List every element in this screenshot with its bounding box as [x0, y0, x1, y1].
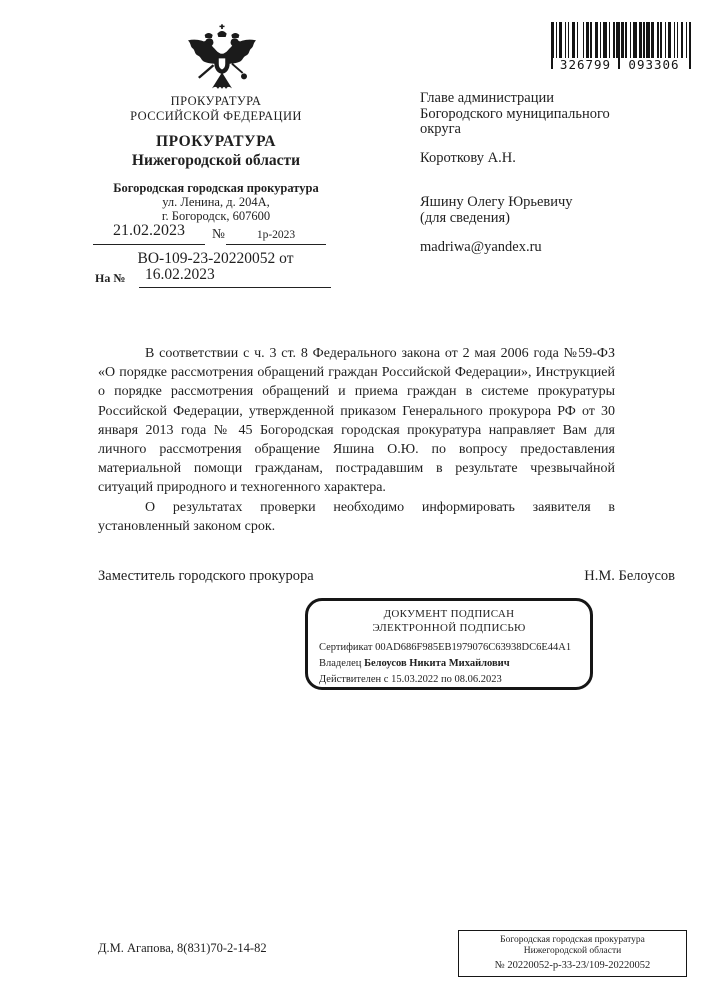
recipient-block: Главе администрации Богородского муницип…	[420, 91, 640, 256]
letter-body: В соответствии с ч. 3 ст. 8 Федерального…	[98, 344, 615, 536]
barcode-digits-right: 093306	[623, 58, 685, 72]
postal-barcode: 326799 093306	[551, 22, 691, 72]
stamp-title-line2: ЭЛЕКТРОННОЙ ПОДПИСЬЮ	[319, 622, 579, 636]
recipient-note: (для сведения)	[420, 211, 640, 227]
body-paragraph-1: В соответствии с ч. 3 ст. 8 Федерального…	[98, 344, 615, 498]
reference-label: На №	[95, 271, 125, 286]
registration-number: № 20220052-р-33-23/109-20220052	[459, 960, 686, 972]
certificate-value: 00AD686F985EB1979076C63938DC6E44A1	[375, 642, 571, 653]
number-sign: №	[212, 226, 225, 242]
barcode-guard-icon	[551, 22, 553, 69]
owner-label: Владелец	[319, 658, 361, 669]
russian-coat-of-arms-icon	[182, 23, 262, 95]
stamp-certificate-row: Сертификат 00AD686F985EB1979076C63938DC6…	[319, 640, 579, 656]
recipient-name-primary: Короткову А.Н.	[420, 151, 640, 167]
recipient-org-line3: округа	[420, 122, 640, 138]
document-date: 21.02.2023	[93, 222, 205, 245]
org-division: Богородская городская прокуратура	[85, 181, 347, 195]
signature-row: Заместитель городского прокурора Н.М. Бе…	[98, 568, 675, 585]
barcode-guard-icon	[618, 22, 620, 69]
reference-date: 16.02.2023	[139, 266, 331, 288]
stamp-title-line1: ДОКУМЕНТ ПОДПИСАН	[319, 608, 579, 622]
barcode-guard-icon	[689, 22, 691, 69]
registration-stamp-box: Богородская городская прокуратура Нижего…	[458, 930, 687, 977]
letterhead: ПРОКУРАТУРА РОССИЙСКОЙ ФЕДЕРАЦИИ ПРОКУРА…	[85, 94, 347, 223]
org-parent-line2: РОССИЙСКОЙ ФЕДЕРАЦИИ	[85, 109, 347, 124]
signer-position: Заместитель городского прокурора	[98, 568, 314, 585]
document-page: 326799 093306	[0, 0, 706, 1000]
org-address-line1: ул. Ленина, д. 204А,	[85, 195, 347, 209]
barcode-digits-left: 326799	[556, 58, 615, 72]
executor-contact: Д.М. Агапова, 8(831)70-2-14-82	[98, 941, 267, 956]
certificate-label: Сертификат	[319, 642, 372, 653]
recipient-name-secondary: Яшину Олегу Юрьевичу	[420, 195, 640, 211]
stamp-validity-row: Действителен с 15.03.2022 по 08.06.2023	[319, 672, 579, 688]
recipient-email: madriwa@yandex.ru	[420, 240, 640, 256]
barcode-bars-icon	[551, 22, 691, 58]
org-parent-line1: ПРОКУРАТУРА	[85, 94, 347, 109]
org-name-line1: ПРОКУРАТУРА	[85, 133, 347, 152]
electronic-signature-stamp: ДОКУМЕНТ ПОДПИСАН ЭЛЕКТРОННОЙ ПОДПИСЬЮ С…	[305, 598, 593, 690]
org-name-line2: Нижегородской области	[85, 152, 347, 171]
signer-name: Н.М. Белоусов	[584, 568, 675, 585]
org-address-line2: г. Богородск, 607600	[85, 209, 347, 223]
owner-name: Белоусов Никита Михайлович	[364, 658, 510, 669]
recipient-org-line2: Богородского муниципального	[420, 107, 640, 123]
body-paragraph-2: О результатах проверки необходимо информ…	[98, 498, 615, 536]
recipient-org-line1: Главе администрации	[420, 91, 640, 107]
stamp-owner-row: Владелец Белоусов Никита Михайлович	[319, 656, 579, 672]
registration-org-line2: Нижегородской области	[459, 946, 686, 957]
document-number: 1р-2023	[226, 229, 326, 245]
registration-org-line1: Богородская городская прокуратура	[459, 935, 686, 946]
